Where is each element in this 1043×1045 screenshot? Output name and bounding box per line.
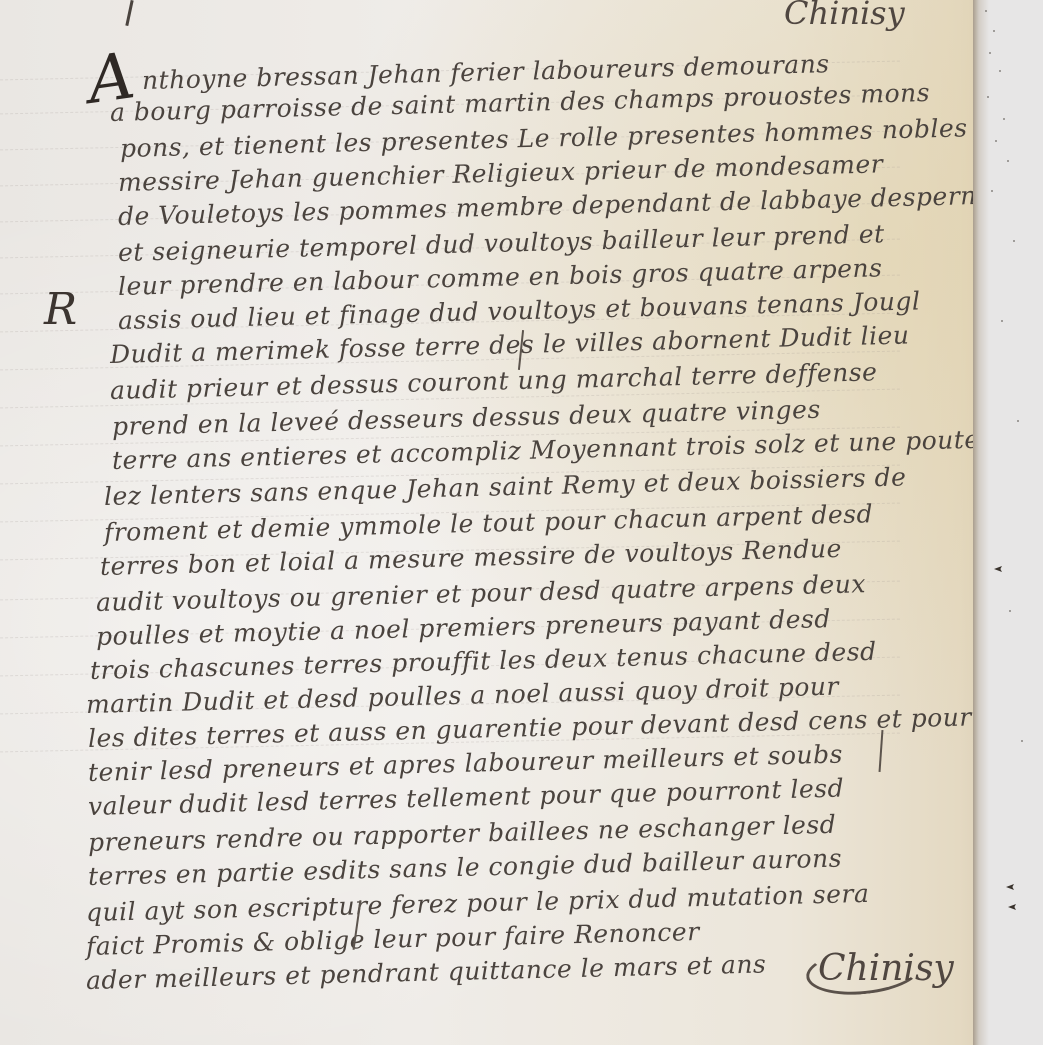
descender-stroke	[879, 730, 884, 772]
binding-gutter	[973, 0, 1043, 1045]
manuscript-page: Chinisy R A nthoyne bressan Jehan ferier…	[0, 0, 1043, 1045]
bottom-signature: Chinisy	[818, 948, 954, 989]
cropped-ascender-stroke	[125, 0, 133, 26]
top-signature: Chinisy	[784, 0, 905, 32]
margin-note: R	[44, 284, 77, 335]
